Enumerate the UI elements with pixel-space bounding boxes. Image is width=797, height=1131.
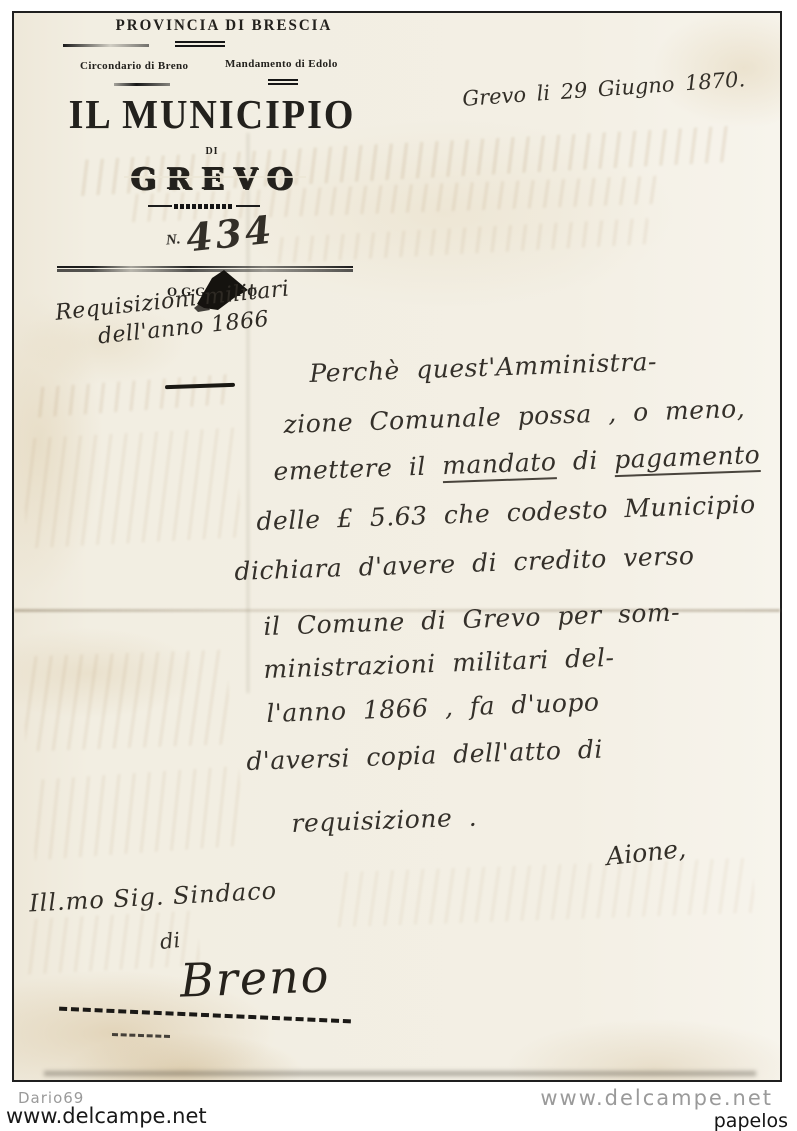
watermark-site-right: www.delcampe.net [540,1086,773,1110]
body-line-3: emettere il mandato di pagamento [273,440,761,486]
body-line-9: d'aversi copia dell'atto di [246,735,603,776]
body-line-1: Perchè quest'Amministra- [309,347,657,388]
watermark-papelos: papelos [714,1110,788,1131]
address-preposition: di [159,928,182,954]
body-line-7: ministrazioni militari del- [263,643,615,684]
body-line-8: l'anno 1866 , fa d'uopo [266,687,600,728]
letter-body: Perchè quest'Amministra-zione Comunale p… [14,13,780,1080]
letter-paper: PROVINCIA DI BRESCIA Circondario di Bren… [12,11,782,1082]
body-line-6: il Comune di Grevo per som- [263,597,681,641]
address-town: Breno [179,948,331,1007]
scanned-letter-page: PROVINCIA DI BRESCIA Circondario di Bren… [0,0,797,1131]
watermark-site-left: www.delcampe.net [6,1104,207,1128]
body-line-10: requisizione . [291,803,478,838]
body-line-2: zione Comunale possa , o meno, [283,394,746,439]
body-line-4: delle £ 5.63 che codesto Municipio [256,490,756,536]
body-line-5: dichiara d'avere di credito verso [234,541,695,586]
